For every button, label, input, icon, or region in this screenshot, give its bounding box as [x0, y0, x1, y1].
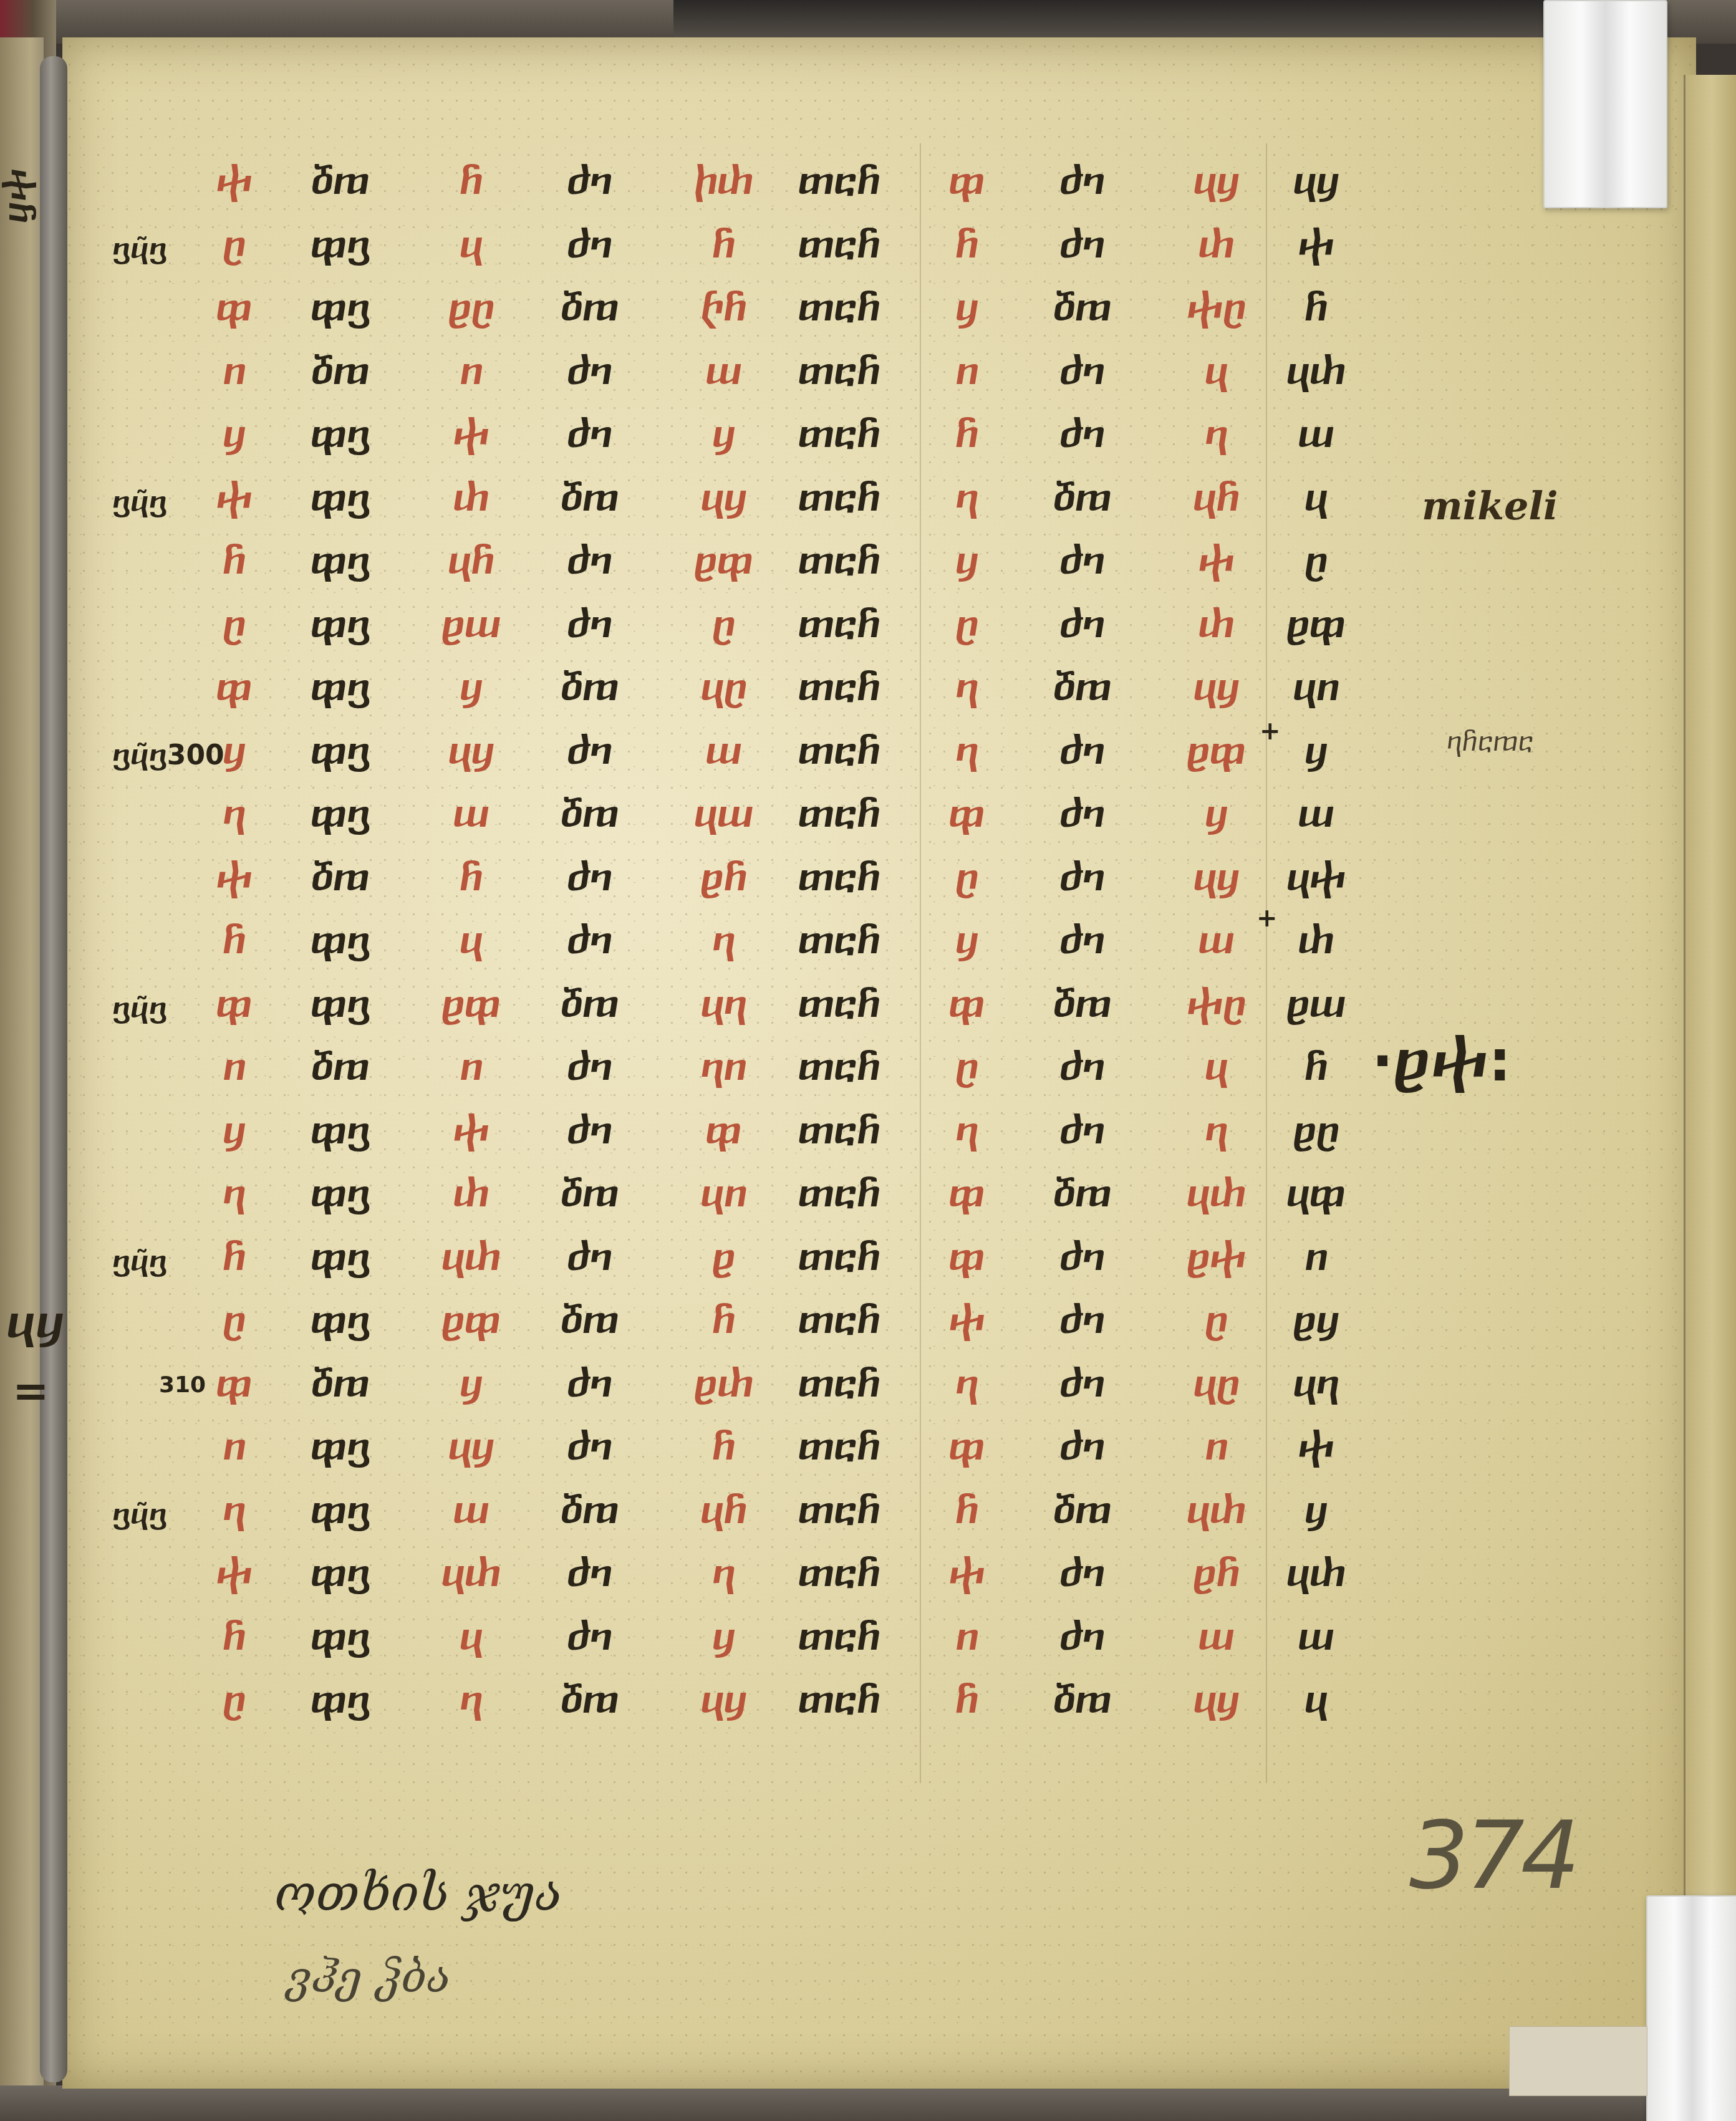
left-margin-note: ⴂⴗ̃ⴂ	[112, 1246, 167, 1277]
black-word-cell: ⴛⴈ	[567, 860, 612, 896]
red-letter-cell: ⴖ	[222, 1049, 245, 1085]
black-word-cell: ⴃⴊ	[561, 796, 618, 832]
black-word-cell: ⴇⴀⴌ	[798, 1429, 880, 1465]
red-letter-cell: ⴖ	[459, 1049, 482, 1085]
black-word-cell: ⴛⴈ	[567, 1619, 612, 1655]
black-word-cell: ⴔⴂ	[311, 1239, 369, 1276]
black-word-cell: ⴇⴀⴌ	[798, 607, 880, 643]
black-word-cell: ⴇⴀⴌ	[798, 670, 880, 706]
black-word-cell: ⴔⴂ	[311, 543, 369, 579]
red-letter-cell: ⴒⴔ	[441, 1302, 500, 1339]
red-letter-cell: ⴗⴐ	[1187, 1176, 1246, 1212]
margin-note-large: ·ⴒⴕ:	[1372, 1029, 1511, 1094]
red-letter-cell: ⴗⴘ	[700, 480, 746, 516]
black-word-cell: ⴛⴈ	[1059, 353, 1105, 390]
black-word-cell: ⴗ	[1304, 1682, 1327, 1718]
red-letter-cell: ⴚ	[955, 607, 978, 643]
black-word-cell: ⴖ	[1304, 1239, 1327, 1276]
red-letter-cell: ⴌ	[459, 163, 482, 200]
red-letter-cell: ⴗ	[1204, 1049, 1227, 1085]
red-letter-cell: ⴖ	[459, 353, 482, 390]
black-word-cell: ⴒⴍ	[1286, 986, 1345, 1022]
red-letter-cell: ⴘ	[955, 290, 978, 326]
red-letter-cell: ⴕ	[1198, 543, 1234, 579]
black-word-cell: ⴇⴀⴌ	[798, 1239, 880, 1276]
red-letter-cell: ⴔ	[216, 290, 252, 326]
black-word-cell: ⴛⴈ	[567, 353, 612, 390]
red-letter-cell: ⴄ	[955, 480, 978, 516]
red-letter-cell: ⴄ	[1205, 1113, 1227, 1149]
black-word-cell: ⴇⴀⴌ	[798, 1302, 880, 1339]
black-word-cell: ⴛⴈ	[567, 607, 612, 643]
black-word-cell: ⴔⴂ	[311, 986, 369, 1022]
black-word-cell: ⴛⴈ	[567, 1049, 612, 1085]
black-word-cell: ⴗⴐ	[1286, 1556, 1346, 1592]
red-letter-cell: ⴄ	[955, 733, 978, 769]
folio-number: 374	[1409, 1802, 1576, 1910]
red-letter-cell: ⴄ	[955, 1113, 978, 1149]
red-letter-cell: ⴙⴐ	[694, 163, 753, 200]
black-word-cell: ⴇⴀⴌ	[798, 163, 880, 200]
red-letter-cell: ⴗⴐ	[441, 1239, 501, 1276]
black-word-cell: ⴛⴈ	[567, 1239, 612, 1276]
black-word-cell: ⴗⴖ	[1293, 670, 1339, 706]
red-letter-cell: ⴚ	[955, 1049, 978, 1085]
black-word-cell: ⴇⴀⴌ	[798, 923, 880, 959]
black-word-cell: ⴕ	[1298, 227, 1334, 263]
black-word-cell: ⴛⴈ	[567, 1429, 612, 1465]
red-letter-cell: ⴌ	[955, 1493, 978, 1529]
black-word-cell: ⴇⴀⴌ	[798, 1493, 880, 1529]
black-word-cell: ⴇⴀⴌ	[798, 290, 880, 326]
left-page-fragment: =	[12, 1365, 49, 1416]
red-letter-cell: ⴌ	[711, 1302, 735, 1339]
black-word-cell: ⴔⴂ	[311, 1113, 369, 1149]
manuscript-photo: ⴕⴃⴊⴌⴛⴈⴙⴐⴇⴀⴌⴔⴛⴈⴗⴘⴗⴘⴚⴔⴂⴗⴛⴈⴌⴇⴀⴌⴌⴛⴈⴐⴕⴔⴔⴂⴒⴚⴃⴊ…	[0, 0, 1736, 2121]
left-page-fragment: ⴗⴘ	[6, 1297, 65, 1348]
red-letter-cell: ⴒⴌ	[700, 860, 746, 896]
red-letter-cell: ⴒⴍ	[441, 607, 500, 643]
red-letter-cell: ⴘ	[460, 1366, 483, 1402]
left-margin-note: ⴂⴗ̃ⴂ	[112, 486, 167, 518]
red-letter-cell: ⴘ	[223, 416, 246, 453]
red-letter-cell: ⴒⴕ	[1187, 1239, 1246, 1276]
left-margin-note: ⴂⴗ̃ⴂ	[112, 233, 167, 265]
red-letter-cell: ⴗⴘ	[1193, 163, 1239, 200]
black-word-cell: ⴇⴀⴌ	[798, 1556, 880, 1592]
binding-cloth	[673, 0, 1546, 41]
red-letter-cell: ⴌ	[222, 543, 245, 579]
red-letter-cell: ⴗⴌ	[1193, 480, 1239, 516]
black-word-cell: ⴛⴈ	[567, 416, 612, 453]
black-word-cell: ⴛⴈ	[1059, 796, 1105, 832]
red-letter-cell: ⴕ	[216, 1556, 252, 1592]
black-word-cell: ⴔⴂ	[311, 923, 369, 959]
red-letter-cell: ⴗⴘ	[700, 1682, 746, 1718]
black-word-cell: ⴇⴀⴌ	[798, 986, 880, 1022]
black-word-cell: ⴇⴀⴌ	[798, 480, 880, 516]
red-letter-cell: ⴔ	[948, 1429, 985, 1465]
black-word-cell: ⴃⴊ	[561, 1302, 618, 1339]
red-letter-cell: ⴄ	[223, 1493, 245, 1529]
red-letter-cell: ⴚ	[712, 607, 735, 643]
red-letter-cell: ⴒⴐ	[694, 1366, 753, 1402]
black-word-cell: ⴃⴊ	[1053, 290, 1111, 326]
black-word-cell: ⴔⴂ	[311, 1682, 369, 1718]
book-bottom-edge	[0, 2085, 1736, 2121]
facing-page-edge	[0, 37, 44, 2089]
black-word-cell: ⴚ	[1304, 543, 1327, 579]
red-letter-cell: ⴐ	[453, 1176, 489, 1212]
black-word-cell: ⴗⴔ	[1286, 1176, 1346, 1212]
red-letter-cell: ⴗ	[1204, 353, 1227, 390]
black-word-cell: ⴃⴊ	[561, 480, 618, 516]
red-letter-cell: ⴄ	[955, 1366, 978, 1402]
red-letter-cell: ⴗⴄ	[700, 986, 746, 1022]
black-word-cell: ⴇⴀⴌ	[798, 1049, 880, 1085]
black-word-cell: ⴗⴄ	[1293, 1366, 1338, 1402]
black-word-cell: ⴛⴈ	[567, 1366, 612, 1402]
black-word-cell: ⴃⴊ	[311, 860, 369, 896]
red-letter-cell: ⴡⴌ	[700, 290, 746, 326]
red-letter-cell: ⴒⴔ	[693, 543, 753, 579]
black-word-cell: ⴇⴀⴌ	[798, 1682, 880, 1718]
ruling-line	[1266, 143, 1267, 1783]
red-letter-cell: ⴗⴚ	[1193, 1366, 1238, 1402]
black-word-cell: ⴃⴊ	[1053, 1682, 1111, 1718]
red-letter-cell: ⴒ	[711, 1239, 735, 1276]
black-word-cell: ⴛⴈ	[1059, 1113, 1105, 1149]
black-word-cell: ⴛⴈ	[567, 923, 612, 959]
margin-note: ⴄⴌⴀⴊⴀ	[1447, 726, 1533, 757]
black-word-cell: ⴛⴈ	[567, 163, 612, 200]
red-letter-cell: ⴌ	[222, 1239, 245, 1276]
red-letter-cell: ⴗⴐ	[1187, 1493, 1246, 1529]
red-letter-cell: ⴖ	[1204, 1429, 1227, 1465]
red-letter-cell: ⴕ	[216, 163, 252, 200]
red-letter-cell: ⴔ	[216, 670, 252, 706]
black-word-cell: ⴃⴊ	[561, 290, 618, 326]
red-letter-cell: ⴄ	[223, 1176, 245, 1212]
red-letter-cell: ⴗⴌ	[700, 1493, 746, 1529]
red-letter-cell: ⴌ	[955, 416, 978, 453]
red-letter-cell: ⴖ	[955, 1619, 978, 1655]
red-letter-cell: ⴄ	[955, 670, 978, 706]
margin-note-latin: mikeli	[1422, 483, 1558, 529]
black-word-cell: ⴔⴂ	[311, 1176, 369, 1212]
black-word-cell: ⴃⴊ	[561, 1682, 618, 1718]
red-letter-cell: ⴘ	[712, 416, 735, 453]
red-letter-cell: ⴕ	[216, 480, 252, 516]
black-word-cell: ⴇⴀⴌ	[798, 227, 880, 263]
black-word-cell: ⴘ	[1304, 733, 1328, 769]
red-letter-cell: ⴄⴖ	[700, 1049, 746, 1085]
black-word-cell: ⴃⴊ	[561, 1493, 618, 1529]
red-letter-cell: ⴖ	[222, 353, 245, 390]
black-word-cell: ⴗⴐ	[1286, 353, 1346, 390]
black-word-cell: ⴛⴈ	[567, 733, 612, 769]
red-letter-cell: ⴗ	[459, 1619, 482, 1655]
black-word-cell: ⴛⴈ	[1059, 1239, 1105, 1276]
red-letter-cell: ⴘ	[712, 1619, 735, 1655]
black-word-cell: ⴃⴊ	[561, 670, 618, 706]
red-letter-cell: ⴍ	[453, 1493, 489, 1529]
black-word-cell: ⴔⴂ	[311, 733, 369, 769]
left-margin-note: ⴂⴗ̃ⴂ300	[112, 739, 224, 771]
red-letter-cell: ⴘ	[460, 670, 483, 706]
red-letter-cell: ⴔ	[216, 1366, 252, 1402]
red-letter-cell: ⴗⴚ	[700, 670, 746, 706]
black-word-cell: ⴔⴂ	[311, 607, 369, 643]
black-word-cell: ⴔⴂ	[311, 227, 369, 263]
black-word-cell: ⴇⴀⴌ	[798, 1176, 880, 1212]
red-letter-cell: ⴒⴌ	[1193, 1556, 1239, 1592]
black-word-cell: ⴘ	[1304, 1493, 1328, 1529]
red-letter-cell: ⴗⴌ	[448, 543, 494, 579]
black-word-cell: ⴃⴊ	[1053, 670, 1111, 706]
red-letter-cell: ⴒⴔ	[1186, 733, 1245, 769]
black-word-cell: ⴃⴊ	[311, 353, 369, 390]
red-letter-cell: ⴌ	[711, 1429, 735, 1465]
red-letter-cell: ⴐ	[453, 480, 489, 516]
red-letter-cell: ⴘ	[955, 543, 978, 579]
red-letter-cell: ⴍ	[1198, 1619, 1234, 1655]
black-word-cell: ⴒⴘ	[1293, 1302, 1339, 1339]
red-letter-cell: ⴗⴖ	[700, 1176, 746, 1212]
red-letter-cell: ⴍ	[1198, 923, 1234, 959]
red-letter-cell: ⴔ	[948, 163, 985, 200]
black-word-cell: ⴗⴘ	[1293, 163, 1339, 200]
black-word-cell: ⴃⴊ	[1053, 1176, 1111, 1212]
black-word-cell: ⴛⴈ	[1059, 733, 1105, 769]
red-letter-cell: ⴌ	[711, 227, 735, 263]
black-word-cell: ⴛⴈ	[1059, 227, 1105, 263]
black-word-cell: ⴔⴂ	[311, 1302, 369, 1339]
black-word-cell: ⴛⴈ	[1059, 163, 1105, 200]
left-margin-note: 310	[159, 1372, 206, 1398]
black-word-cell: ⴃⴊ	[561, 1176, 618, 1212]
black-word-cell: ⴔⴂ	[311, 416, 369, 453]
black-word-cell: ⴐ	[1298, 923, 1334, 959]
page-edge-right	[1684, 75, 1736, 2089]
black-word-cell: ⴕ	[1298, 1429, 1334, 1465]
black-word-cell: ⴔⴂ	[311, 796, 369, 832]
red-letter-cell: ⴒⴚ	[448, 290, 493, 326]
black-word-cell: ⴇⴀⴌ	[798, 860, 880, 896]
gutter-fold	[40, 56, 67, 2082]
red-letter-cell: ⴚ	[223, 1682, 245, 1718]
black-word-cell: ⴍ	[1298, 796, 1334, 832]
red-letter-cell: ⴘ	[1205, 796, 1228, 832]
red-letter-cell: ⴚ	[1205, 1302, 1227, 1339]
black-word-cell: ⴃⴊ	[1053, 986, 1111, 1022]
red-letter-cell: ⴄ	[223, 796, 245, 832]
black-word-cell: ⴔⴂ	[311, 1619, 369, 1655]
red-letter-cell: ⴔ	[948, 1176, 985, 1212]
red-letter-cell: ⴄ	[712, 1556, 735, 1592]
black-word-cell: ⴇⴀⴌ	[798, 733, 880, 769]
red-letter-cell: ⴌ	[955, 1682, 978, 1718]
black-word-cell: ⴛⴈ	[567, 543, 612, 579]
black-word-cell: ⴌ	[1304, 290, 1327, 326]
red-letter-cell: ⴕⴚ	[1187, 986, 1245, 1022]
black-word-cell: ⴇⴀⴌ	[798, 416, 880, 453]
red-letter-cell: ⴚ	[223, 607, 245, 643]
red-letter-cell: ⴔ	[705, 1113, 741, 1149]
red-letter-cell: ⴐ	[1198, 607, 1234, 643]
page-clip-bottom	[1646, 1895, 1736, 2121]
black-word-cell: ⴃⴊ	[1053, 480, 1111, 516]
red-letter-cell: ⴕⴚ	[1187, 290, 1245, 326]
black-word-cell: ⴃⴊ	[561, 986, 618, 1022]
black-word-cell: ⴛⴈ	[1059, 1366, 1105, 1402]
paper-label	[1509, 2026, 1647, 2096]
black-word-cell: ⴒⴔ	[1286, 607, 1345, 643]
page-clip-top	[1543, 0, 1667, 208]
red-letter-cell: ⴗ	[459, 227, 482, 263]
black-word-cell: ⴛⴈ	[1059, 1049, 1105, 1085]
cross-mark: +	[1256, 904, 1278, 933]
red-letter-cell: ⴌ	[222, 923, 245, 959]
red-letter-cell: ⴚ	[223, 227, 245, 263]
black-word-cell: ⴇⴀⴌ	[798, 543, 880, 579]
red-letter-cell: ⴚ	[223, 1302, 245, 1339]
black-word-cell: ⴇⴀⴌ	[798, 796, 880, 832]
black-word-cell: ⴔⴂ	[311, 480, 369, 516]
red-letter-cell: ⴗⴍ	[693, 796, 753, 832]
red-letter-cell: ⴕ	[453, 1113, 489, 1149]
red-letter-cell: ⴗⴘ	[1193, 670, 1239, 706]
red-letter-cell: ⴔ	[948, 1239, 985, 1276]
red-letter-cell: ⴔ	[948, 796, 985, 832]
black-word-cell: ⴛⴈ	[1059, 416, 1105, 453]
left-margin-note: ⴂⴗ̃ⴂ	[112, 993, 167, 1024]
black-word-cell: ⴃⴊ	[311, 163, 369, 200]
red-letter-cell: ⴘ	[223, 1113, 246, 1149]
black-word-cell: ⴇⴀⴌ	[798, 1619, 880, 1655]
left-margin-note: ⴂⴗ̃ⴂ	[112, 1499, 167, 1531]
black-word-cell: ⴔⴂ	[311, 1493, 369, 1529]
black-word-cell: ⴍ	[1298, 1619, 1334, 1655]
red-letter-cell: ⴔ	[948, 986, 985, 1022]
red-letter-cell: ⴄ	[1205, 416, 1227, 453]
black-word-cell: ⴇⴀⴌ	[798, 1113, 880, 1149]
black-word-cell: ⴗⴕ	[1286, 860, 1346, 896]
black-word-cell: ⴇⴀⴌ	[798, 353, 880, 390]
black-word-cell: ⴛⴈ	[567, 227, 612, 263]
black-word-cell: ⴛⴈ	[567, 1113, 612, 1149]
red-letter-cell: ⴗ	[459, 923, 482, 959]
black-word-cell: ⴔⴂ	[311, 670, 369, 706]
black-word-cell: ⴛⴈ	[1059, 607, 1105, 643]
black-word-cell: ⴛⴈ	[1059, 1556, 1105, 1592]
black-word-cell: ⴛⴈ	[567, 1556, 612, 1592]
black-word-cell: ⴔⴂ	[311, 1429, 369, 1465]
red-letter-cell: ⴗⴘ	[1193, 1682, 1239, 1718]
red-letter-cell: ⴚ	[955, 860, 978, 896]
black-word-cell: ⴛⴈ	[1059, 1302, 1105, 1339]
red-letter-cell: ⴗⴘ	[1193, 860, 1239, 896]
cross-mark: +	[1260, 717, 1281, 746]
bottom-inscription-line1: ოთხის ჯუა	[274, 1864, 562, 1922]
red-letter-cell: ⴕ	[216, 860, 252, 896]
red-letter-cell: ⴄ	[712, 923, 735, 959]
red-letter-cell: ⴘ	[223, 733, 246, 769]
left-page-fragment: ⴕⴌ	[1, 168, 39, 224]
red-letter-cell: ⴔ	[216, 986, 252, 1022]
bottom-inscription-line2: ვჰე ჴბა	[287, 1951, 450, 2003]
black-word-cell: ⴔⴂ	[311, 290, 369, 326]
ruling-line	[920, 143, 921, 1783]
red-letter-cell: ⴕ	[948, 1556, 985, 1592]
red-letter-cell: ⴘ	[955, 923, 978, 959]
red-letter-cell: ⴕ	[948, 1302, 985, 1339]
black-word-cell: ⴃⴊ	[1053, 1493, 1111, 1529]
black-word-cell: ⴍ	[1298, 416, 1334, 453]
red-letter-cell: ⴗⴘ	[448, 733, 494, 769]
black-word-cell: ⴇⴀⴌ	[798, 1366, 880, 1402]
red-letter-cell: ⴍ	[453, 796, 489, 832]
black-word-cell: ⴛⴈ	[1059, 860, 1105, 896]
red-letter-cell: ⴕ	[453, 416, 489, 453]
black-word-cell: ⴛⴈ	[1059, 1429, 1105, 1465]
black-word-cell: ⴃⴊ	[311, 1049, 369, 1085]
black-word-cell: ⴛⴈ	[1059, 543, 1105, 579]
red-letter-cell: ⴗⴐ	[441, 1556, 501, 1592]
red-letter-cell: ⴄ	[460, 1682, 482, 1718]
black-word-cell: ⴗ	[1304, 480, 1327, 516]
red-letter-cell: ⴖ	[222, 1429, 245, 1465]
red-letter-cell: ⴍ	[705, 733, 741, 769]
black-word-cell: ⴌ	[1304, 1049, 1327, 1085]
black-word-cell: ⴒⴚ	[1293, 1113, 1338, 1149]
red-letter-cell: ⴒⴔ	[441, 986, 500, 1022]
red-letter-cell: ⴌ	[222, 1619, 245, 1655]
black-word-cell: ⴔⴂ	[311, 1556, 369, 1592]
black-word-cell: ⴛⴈ	[1059, 1619, 1105, 1655]
red-letter-cell: ⴗⴘ	[448, 1429, 494, 1465]
red-letter-cell: ⴌ	[459, 860, 482, 896]
black-word-cell: ⴃⴊ	[311, 1366, 369, 1402]
red-letter-cell: ⴌ	[955, 227, 978, 263]
red-letter-cell: ⴍ	[705, 353, 741, 390]
red-letter-cell: ⴐ	[1198, 227, 1234, 263]
black-word-cell: ⴛⴈ	[1059, 923, 1105, 959]
red-letter-cell: ⴖ	[955, 353, 978, 390]
